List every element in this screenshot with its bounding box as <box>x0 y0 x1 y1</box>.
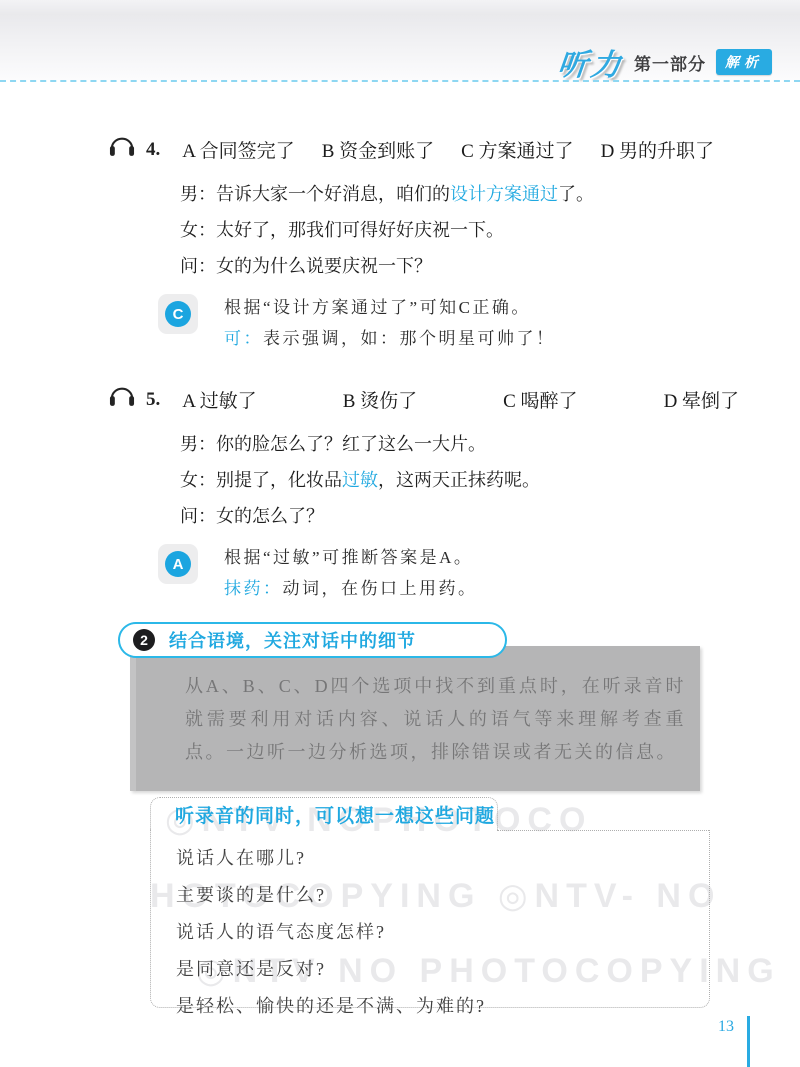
page-number: 13 <box>718 1018 734 1036</box>
dialog-line: 问：女的怎么了？ <box>180 498 728 534</box>
headphones-icon <box>108 135 136 162</box>
answer-letter-icon: A <box>158 544 198 584</box>
option-a: A 过敏了 <box>182 386 256 413</box>
answer-options: A 过敏了 B 烫伤了 C 喝醉了 D 晕倒了 <box>182 386 739 413</box>
highlighted-phrase: 设计方案通过 <box>450 184 558 204</box>
option-d: D 晕倒了 <box>664 386 739 413</box>
headphones-icon <box>108 385 136 412</box>
option-b: B 烫伤了 <box>343 386 417 413</box>
answer-options: A 合同签完了 B 资金到账了 C 方案通过了 D 男的升职了 <box>182 136 714 163</box>
analysis-badge: 解析 <box>716 49 772 75</box>
question-number: 5. <box>146 389 160 411</box>
dialog-line: 男：你的脸怎么了？红了这么一大片。 <box>180 426 728 462</box>
question-number: 4. <box>146 139 160 161</box>
question-4-row: 4. A 合同签完了 B 资金到账了 C 方案通过了 D 男的升职了 <box>108 136 728 163</box>
dialog-line: 问：女的为什么说要庆祝一下？ <box>180 248 728 284</box>
question-5-row: 5. A 过敏了 B 烫伤了 C 喝醉了 D 晕倒了 <box>108 386 728 413</box>
circled-number-icon: 2 <box>133 629 155 651</box>
tip-question: 主要谈的是什么? <box>176 877 709 914</box>
option-b: B 资金到账了 <box>322 136 434 163</box>
answer-explanation: 根据“过敏”可推断答案是A。 抹药：动词，在伤口上用药。 <box>224 542 478 604</box>
listening-logo: 听力 <box>556 40 627 84</box>
tip-question: 说话人在哪儿? <box>176 840 709 877</box>
dialog-line: 女：别提了，化妆品过敏，这两天正抹药呢。 <box>180 462 728 498</box>
strategy-body-box: 从A、B、C、D四个选项中找不到重点时，在听录音时就需要利用对话内容、说话人的语… <box>130 646 700 791</box>
strategy-title: 结合语境，关注对话中的细节 <box>169 627 416 653</box>
vocab-note: 可：表示强调，如：那个明星可帅了！ <box>224 323 556 354</box>
strategy-body-text: 从A、B、C、D四个选项中找不到重点时，在听录音时就需要利用对话内容、说话人的语… <box>185 670 686 769</box>
question-5: 5. A 过敏了 B 烫伤了 C 喝醉了 D 晕倒了 男：你的脸怎么了？红了这么… <box>108 386 728 604</box>
vocab-note: 抹药：动词，在伤口上用药。 <box>224 573 478 604</box>
tipbox-body: 说话人在哪儿? 主要谈的是什么? 说话人的语气态度怎样? 是同意还是反对? 是轻… <box>150 830 710 1008</box>
highlighted-phrase: 过敏 <box>342 470 378 490</box>
answer-letter-icon: C <box>158 294 198 334</box>
dialog-line: 女：太好了，那我们可得好好庆祝一下。 <box>180 212 728 248</box>
option-d: D 男的升职了 <box>601 136 714 163</box>
explanation-line: 根据“过敏”可推断答案是A。 <box>224 542 478 573</box>
option-c: C 方案通过了 <box>461 136 573 163</box>
answer-explanation: 根据“设计方案通过了”可知C正确。 可：表示强调，如：那个明星可帅了！ <box>224 292 556 354</box>
book-page: 听力 第一部分 解析 ◎NTV NOPHOTOCO HOTOCOPYING ◎N… <box>0 0 800 1067</box>
answer-letter: A <box>165 551 191 577</box>
footer-accent-bar <box>747 1016 750 1067</box>
header-divider <box>0 80 800 82</box>
option-a: A 合同签完了 <box>182 136 294 163</box>
tip-question: 是同意还是反对? <box>176 951 709 988</box>
explanation-line: 根据“设计方案通过了”可知C正确。 <box>224 292 556 323</box>
answer-block: C 根据“设计方案通过了”可知C正确。 可：表示强调，如：那个明星可帅了！ <box>158 292 728 354</box>
question-4: 4. A 合同签完了 B 资金到账了 C 方案通过了 D 男的升职了 男：告诉大… <box>108 136 728 354</box>
answer-letter: C <box>165 301 191 327</box>
option-c: C 喝醉了 <box>503 386 577 413</box>
tipbox-header-tab: 听录音的同时，可以想一想这些问题 <box>150 797 498 830</box>
answer-block: A 根据“过敏”可推断答案是A。 抹药：动词，在伤口上用药。 <box>158 542 728 604</box>
tip-question: 是轻松、愉快的还是不满、为难的? <box>176 988 709 1025</box>
tipbox-title: 听录音的同时，可以想一想这些问题 <box>175 801 495 828</box>
dialog-transcript: 男：告诉大家一个好消息，咱们的设计方案通过了。 女：太好了，那我们可得好好庆祝一… <box>180 176 728 284</box>
vocab-term: 可： <box>224 329 263 348</box>
strategy-section: 2 结合语境，关注对话中的细节 从A、B、C、D四个选项中找不到重点时，在听录音… <box>118 622 700 791</box>
page-header: 听力 第一部分 解析 <box>558 40 772 84</box>
section-label: 第一部分 <box>634 50 706 75</box>
dialog-line: 男：告诉大家一个好消息，咱们的设计方案通过了。 <box>180 176 728 212</box>
vocab-term: 抹药： <box>224 579 283 598</box>
tip-question: 说话人的语气态度怎样? <box>176 914 709 951</box>
dialog-transcript: 男：你的脸怎么了？红了这么一大片。 女：别提了，化妆品过敏，这两天正抹药呢。 问… <box>180 426 728 534</box>
strategy-heading-pill: 2 结合语境，关注对话中的细节 <box>118 622 507 658</box>
